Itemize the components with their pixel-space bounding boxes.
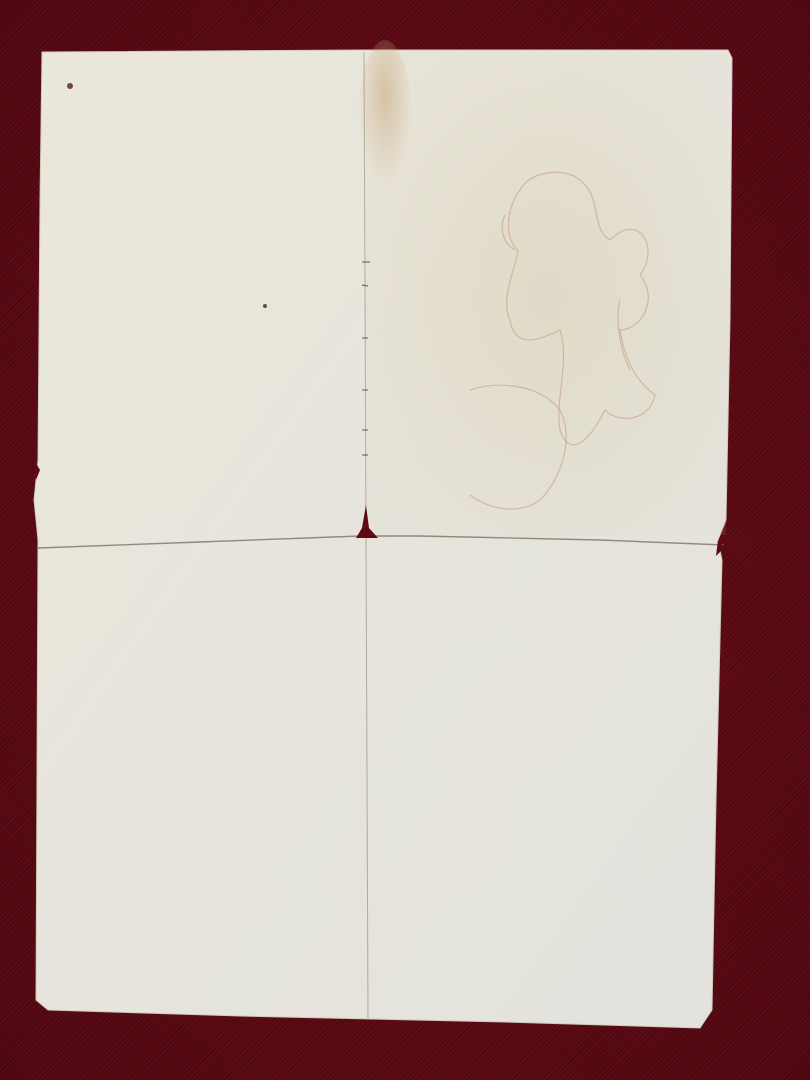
aged-paper-sheet [0, 0, 810, 1080]
